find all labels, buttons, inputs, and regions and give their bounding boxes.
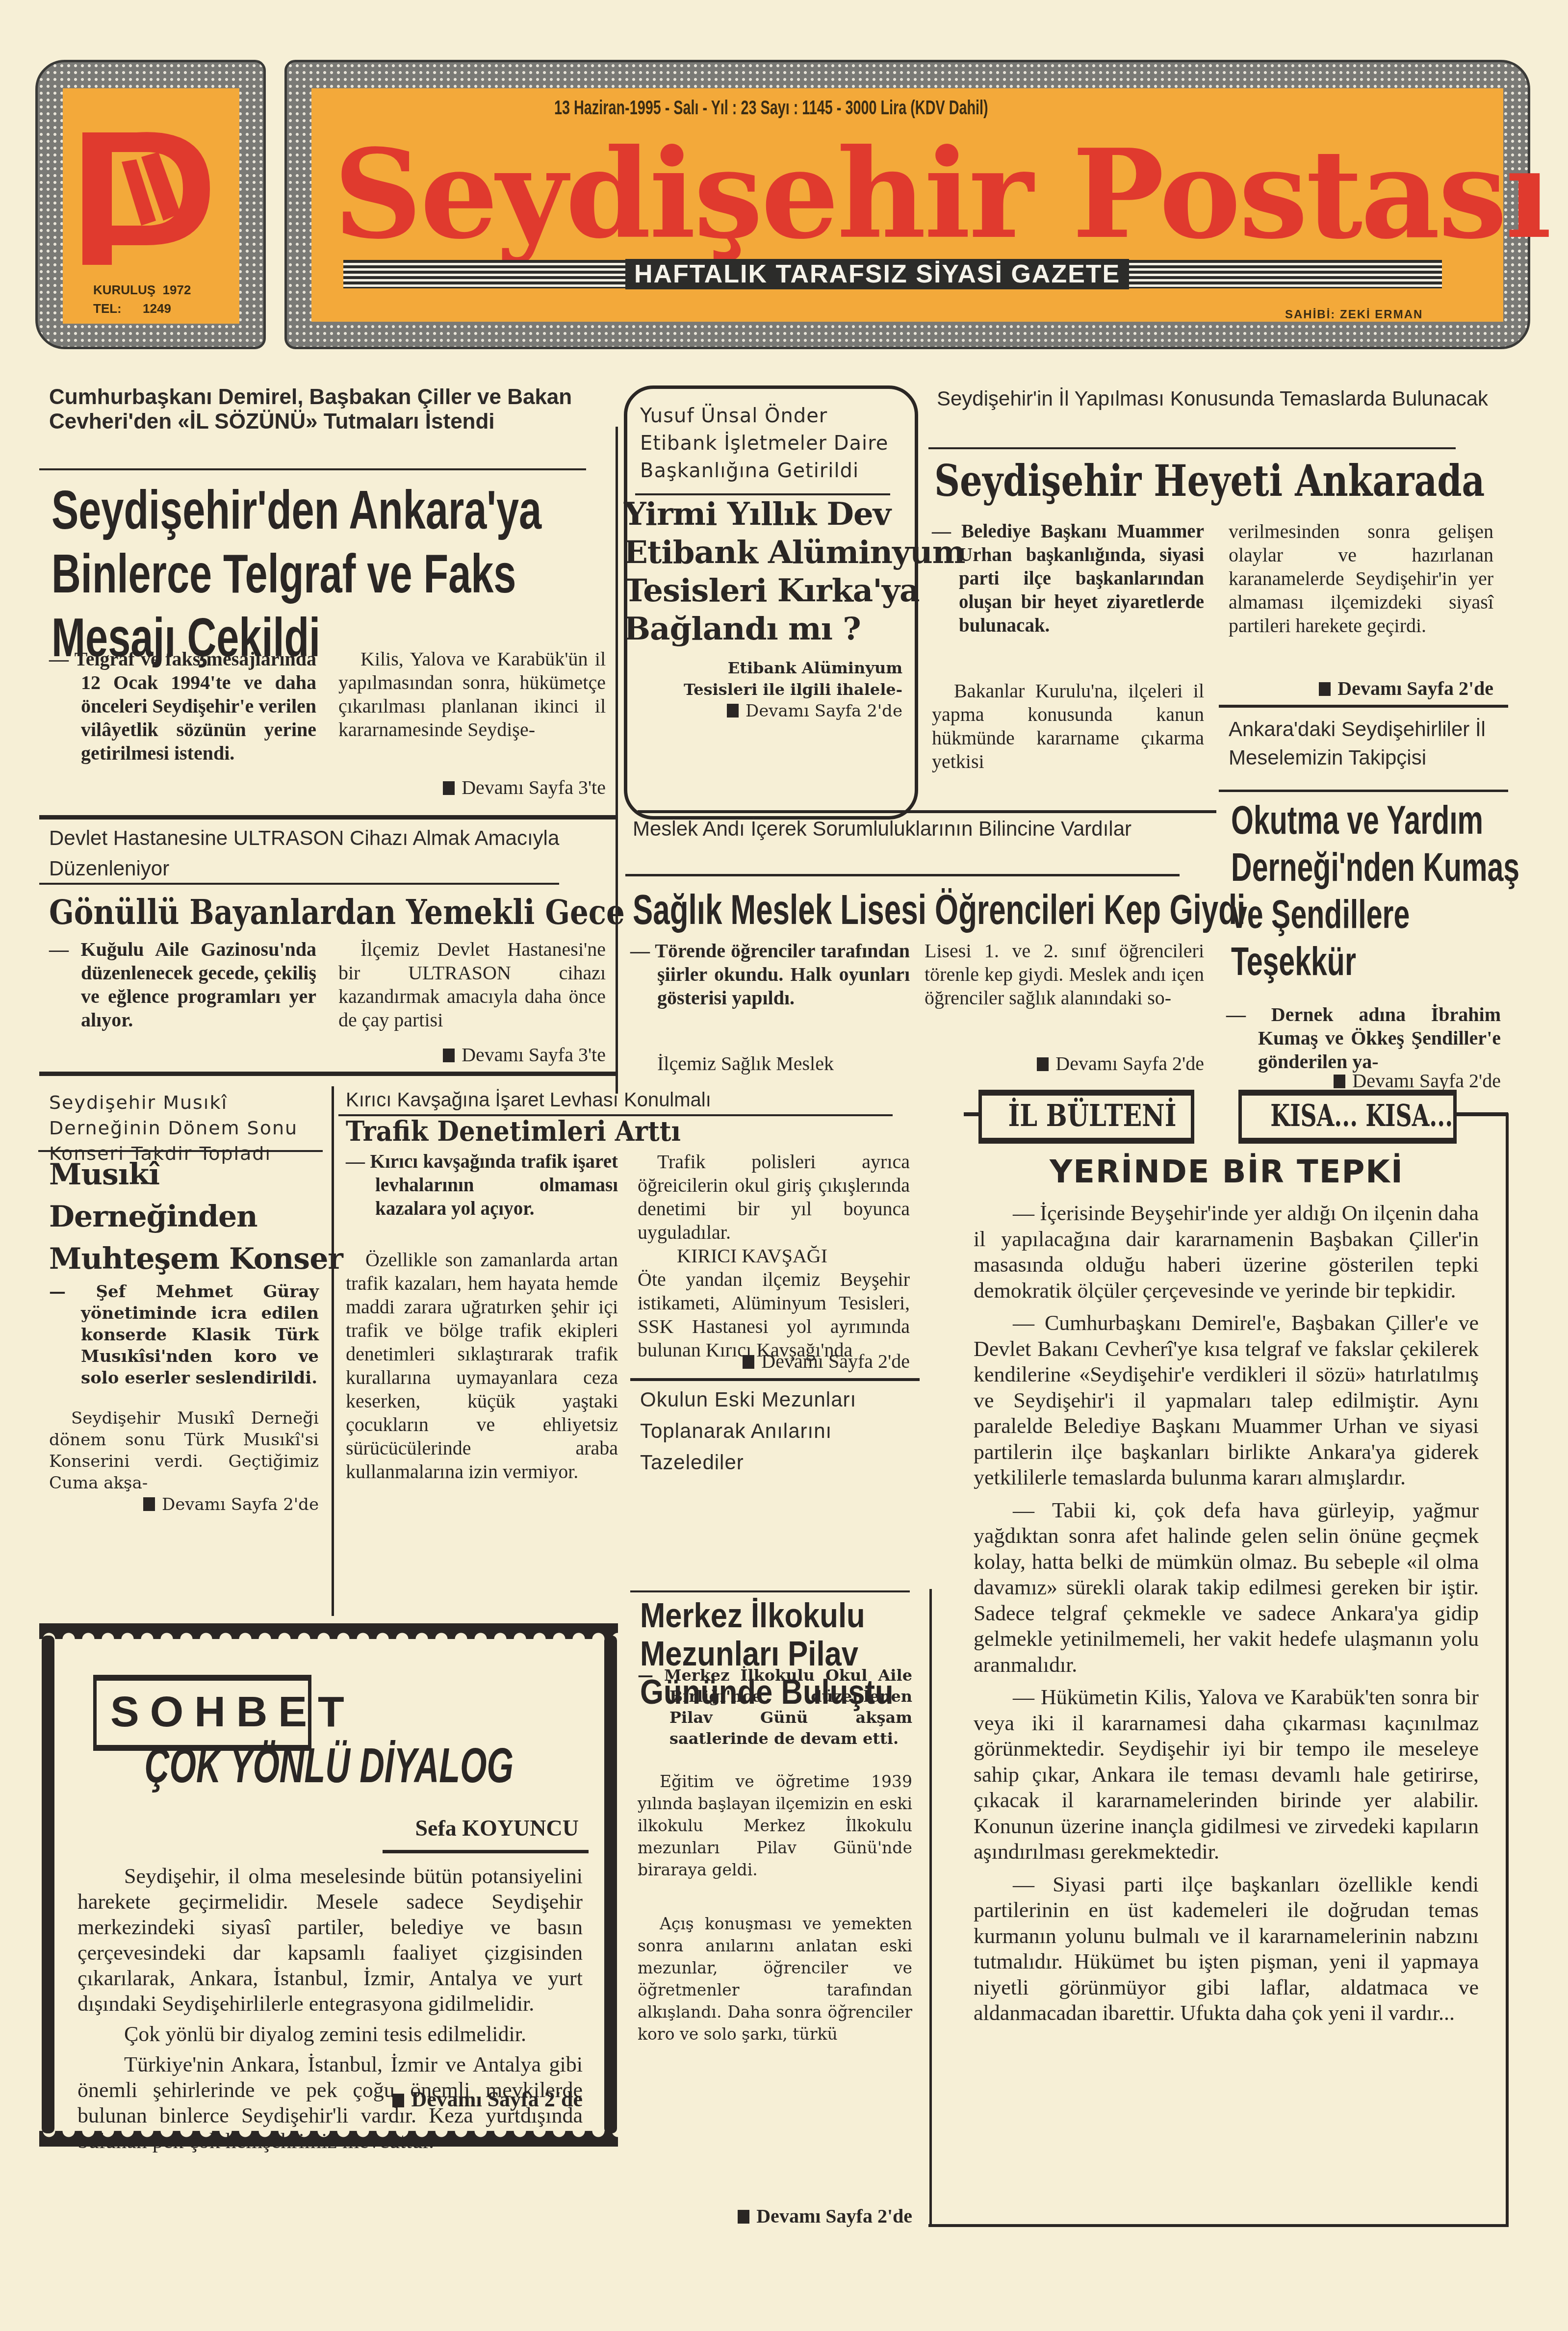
column-label: SOHBET — [110, 1687, 355, 1736]
sp-monogram-icon — [63, 98, 239, 275]
divider — [39, 883, 559, 885]
article-headline: ÇOK YÖNLÜ DİYALOG — [145, 1734, 514, 1797]
section-divider — [638, 810, 1216, 813]
column-divider — [929, 1589, 932, 2227]
headline-line: Bağlandı mı ? — [624, 610, 965, 648]
headline-line: Derneğinden — [49, 1196, 343, 1238]
article-headline: Okutma ve Yardım Derneği'nden Kumaş ve Ş… — [1231, 797, 1519, 985]
article-headline: Seydişehir Heyeti Ankarada — [934, 454, 1485, 508]
article-headline: Seydişehir'den Ankara'ya Binlerce Telgra… — [51, 478, 541, 669]
article-body-right: verilmesinden sonra gelişen olaylar ve h… — [1229, 520, 1493, 638]
divider — [1219, 705, 1508, 708]
logo-panel: KURULUŞ 1972 TEL: 1249 — [63, 88, 239, 324]
paragraph: — Cumhurbaşkanı Demirel'e, Başbakan Çill… — [974, 1310, 1479, 1491]
article-subhead: KIRICI KAVŞAĞI — [657, 1244, 827, 1268]
article-lead: Merkez İlkokulu Okul Aile Birliği'nce dü… — [638, 1665, 912, 1749]
phone-number: TEL: 1249 — [93, 301, 171, 316]
newspaper-title: Seydişehir Postası — [334, 130, 1491, 257]
divider — [630, 1590, 910, 1592]
bullet-square-icon — [1334, 1075, 1345, 1088]
continued-link[interactable]: Devamı Sayfa 3'te — [338, 1043, 606, 1066]
bullet-square-icon — [743, 1355, 754, 1369]
article-body: Seydişehir Musıkî Derneği dönem sonu Tür… — [49, 1408, 319, 1494]
bullet-square-icon — [1319, 682, 1331, 696]
continued-link[interactable]: Devamı Sayfa 2'de — [925, 1052, 1204, 1075]
article-body: Eğitim ve öğretime 1939 yılında başlayan… — [638, 1770, 912, 1881]
bullet-square-icon — [443, 781, 455, 795]
continued-link[interactable]: Devamı Sayfa 2'de — [1226, 1069, 1501, 1092]
continued-link[interactable]: Devamı Sayfa 3'te — [338, 776, 606, 799]
headline-line: Merkez İlkokulu — [640, 1596, 894, 1635]
paragraph: — Hükümetin Kilis, Yalova ve Karabük'ten… — [974, 1685, 1479, 1865]
divider — [928, 447, 1456, 449]
headline-line: Tesisleri Kırka'ya — [624, 572, 965, 610]
bullet-square-icon — [143, 1497, 155, 1511]
bullet-square-icon — [443, 1049, 455, 1062]
divider — [38, 1150, 323, 1152]
article-kicker: Cumhurbaşkanı Demirel, Başbakan Çiller v… — [49, 385, 603, 434]
article-headline: Musıkî Derneğinden Muhteşem Konser — [49, 1153, 343, 1280]
article-lead: Şef Mehmet Güray yönetiminde icra edilen… — [49, 1281, 319, 1389]
article-body-left: İlçemiz Sağlık Meslek — [638, 1052, 910, 1076]
continued-link[interactable]: Devamı Sayfa 2'de — [1229, 677, 1493, 700]
tagline: HAFTALIK TARAFSIZ SİYASİ GAZETE — [625, 259, 1129, 289]
headline-line: Derneği'nden Kumaş — [1231, 844, 1519, 891]
paragraph: — İçerisinde Beyşehir'inde yer aldığı On… — [974, 1201, 1479, 1304]
column-divider — [616, 427, 618, 1094]
article-kicker: Meslek Andı İçerek Sorumluluklarının Bil… — [633, 814, 1211, 844]
article-headline: Gönüllü Bayanlardan Yemekli Gece — [49, 890, 625, 934]
article-headline: Trafik Denetimleri Arttı — [346, 1113, 681, 1150]
headline-line: Yirmi Yıllık Dev — [624, 495, 965, 534]
wavy-border-right — [604, 1636, 617, 2133]
paragraph: — Siyasi parti ilçe başkanları özellikle… — [974, 1872, 1479, 2026]
article-kicker: Seydişehir'in İl Yapılması Konusunda Tem… — [937, 385, 1491, 412]
paragraph: Çok yönlü bir diyalog zemini tesis edilm… — [77, 2022, 583, 2047]
bullet-square-icon — [1037, 1057, 1049, 1071]
headline-line: ve Şendillere — [1231, 891, 1519, 938]
bracket-line — [1457, 1112, 1508, 1116]
article-kicker: Kırıcı Kavşağına İşaret Levhası Konulmal… — [346, 1088, 900, 1112]
divider — [625, 874, 1180, 876]
continued-link[interactable]: Devamı Sayfa 2'de — [638, 2204, 912, 2228]
byline-rule — [383, 1850, 589, 1853]
headline-line: Okutma ve Yardım — [1231, 797, 1519, 844]
headline-line: Etibank Alüminyum — [624, 534, 965, 572]
article-lead: Kırıcı kavşağında trafik işaret levhalar… — [346, 1150, 618, 1221]
column-label-left: İL BÜLTENİ — [1008, 1094, 1167, 1138]
paragraph: — Tabii ki, çok defa hava gürleyip, yağm… — [974, 1498, 1479, 1678]
section-divider — [39, 1072, 618, 1076]
founded-year: KURULUŞ 1972 — [93, 282, 191, 297]
column-border-right — [1506, 1113, 1509, 2227]
headline-line: Seydişehir'den Ankara'ya — [51, 478, 541, 542]
article-body: Kilis, Yalova ve Karabük'ün il yapılması… — [338, 647, 606, 742]
section-divider — [39, 815, 618, 820]
issue-dateline: 13 Haziran-1995 - Salı - Yıl : 23 Sayı :… — [554, 97, 988, 119]
column-label-right: KISA... KISA... — [1270, 1094, 1425, 1138]
article-lead: Etibank Alüminyum Tesisleri ile ilgili i… — [657, 657, 902, 700]
founded-info: KURULUŞ 1972 TEL: 1249 — [93, 281, 191, 318]
bottom-border — [928, 2224, 1509, 2227]
headline-line: Musıkî — [49, 1153, 343, 1196]
bullet-square-icon — [738, 2210, 749, 2224]
article-body-right: Trafik polisleri ayrıca öğreicilerin oku… — [638, 1150, 910, 1362]
article-headline: YERİNDE BİR TEPKİ — [1050, 1153, 1404, 1192]
wavy-border-top — [39, 1623, 618, 1639]
article-body-left: Özellikle son zamanlarda artan trafik ka… — [346, 1248, 618, 1484]
article-body: Açış konuşması ve yemekten sonra anıları… — [638, 1913, 912, 2045]
ankaradaki-kicker: Ankara'daki Seydişehirliler İl Meselemiz… — [1229, 715, 1508, 772]
article-lead: Dernek adına İbrahim Kumaş ve Ökkeş Şend… — [1226, 1003, 1501, 1074]
divider — [1219, 790, 1508, 792]
article-kicker: Okulun Eski Mezunları Toplanarak Anıları… — [640, 1384, 915, 1478]
section-divider — [630, 1378, 920, 1381]
bullet-square-icon — [727, 704, 739, 717]
article-body-left: Bakanlar Kurulu'na, ilçeleri il yapma ko… — [932, 679, 1204, 773]
article-body: — İçerisinde Beyşehir'inde yer aldığı On… — [974, 1201, 1479, 2026]
article-headline: Sağlık Meslek Lisesi Öğrencileri Kep Giy… — [633, 885, 1245, 934]
article-body-right: Lisesi 1. ve 2. sınıf öğrencileri törenl… — [925, 939, 1204, 1010]
continued-link[interactable]: Devamı Sayfa 2'de — [314, 2087, 583, 2112]
article-lead: Törende öğrenciler tarafından şiirler ok… — [630, 939, 910, 1010]
headline-line: Muhteşem Konser — [49, 1238, 343, 1280]
author-byline: Sefa KOYUNCU — [387, 1815, 579, 1842]
article-kicker: Yusuf Ünsal Önder Etibank İşletmeler Dai… — [640, 402, 910, 485]
article-headline: Yirmi Yıllık Dev Etibank Alüminyum Tesis… — [624, 495, 965, 648]
headline-line: Teşekkür — [1231, 938, 1519, 985]
bracket-line — [964, 1112, 978, 1116]
continued-link[interactable]: Devamı Sayfa 2'de — [638, 1350, 910, 1373]
article-lead: Belediye Başkanı Muammer Urhan başkanlığ… — [932, 520, 1204, 638]
divider — [39, 468, 586, 470]
continued-link[interactable]: Devamı Sayfa 2'de — [49, 1495, 319, 1514]
headline-line: Binlerce Telgraf ve Faks — [51, 542, 541, 606]
article-body: İlçemiz Devlet Hastanesi'ne bir ULTRASON… — [338, 938, 606, 1032]
continued-link[interactable]: Devamı Sayfa 2'de — [657, 701, 902, 721]
owner-credit: SAHİBİ: ZEKİ ERMAN — [1285, 308, 1423, 322]
column-divider — [332, 1086, 334, 1616]
article-lead: Kuğulu Aile Gazinosu'nda düzenlenecek ge… — [49, 938, 316, 1032]
article-lead: Telgraf ve faks mesajlarında 12 Ocak 199… — [49, 647, 316, 765]
wavy-border-left — [42, 1636, 54, 2133]
paragraph: Seydişehir, il olma meselesinde bütün po… — [77, 1864, 583, 2017]
bullet-square-icon — [392, 2094, 404, 2107]
article-kicker: Devlet Hastanesine ULTRASON Cihazı Almak… — [49, 823, 603, 884]
